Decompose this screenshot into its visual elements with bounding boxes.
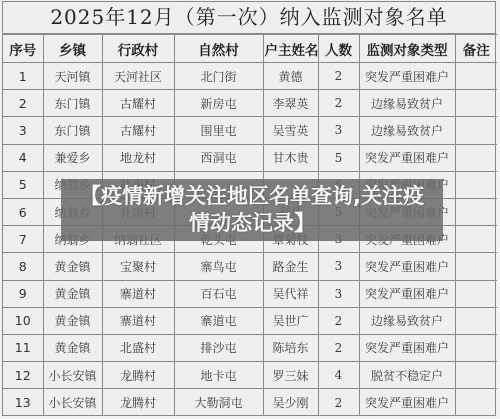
scanned-table-page: { "title": "2025年12月（第一次）纳入监测对象名单", "tab…	[0, 0, 500, 419]
cell-natural-village: 寨道屯	[174, 307, 263, 334]
cell-householder-name: 吴雪英	[263, 117, 318, 144]
cell-householder-name: 黄德	[263, 63, 318, 90]
cell-person-count: 2	[318, 307, 359, 334]
table-row: 13小长安镇龙腾村大勒洞屯吴少刚2突发严重困难户	[3, 389, 497, 416]
cell-monitor-type: 边缘易致贫户	[359, 90, 455, 117]
cell-township: 小长安镇	[43, 389, 102, 416]
cell-admin-village: 天河社区	[102, 63, 174, 90]
cell-natural-village: 新房屯	[174, 90, 263, 117]
cell-remark	[455, 63, 497, 90]
cell-natural-village: 大勒洞屯	[174, 389, 263, 416]
cell-remark	[455, 334, 497, 361]
cell-serial: 7	[3, 226, 43, 253]
table-row: 11黄金镇北盛村排沙屯陈培东2突发严重困难户	[3, 334, 497, 361]
cell-person-count: 3	[318, 117, 359, 144]
header-person-count: 人数	[318, 35, 359, 63]
cell-natural-village: 寨鸟屯	[174, 253, 263, 280]
cell-householder-name: 罗三妹	[263, 362, 318, 389]
table-row: 12小长安镇龙腾村地卡屯罗三妹4脱贫不稳定户	[3, 362, 497, 389]
cell-natural-village: 围里屯	[174, 117, 263, 144]
cell-serial: 11	[3, 334, 43, 361]
cell-householder-name: 吴代祥	[263, 280, 318, 307]
cell-natural-village: 排沙屯	[174, 334, 263, 361]
cell-admin-village: 北盛村	[102, 334, 174, 361]
cell-householder-name: 路金生	[263, 253, 318, 280]
cell-monitor-type: 突发严重困难户	[359, 63, 455, 90]
caption-line-1: 【疫情新增关注地区名单查询,关注疫	[80, 183, 424, 210]
cell-township: 东门镇	[43, 117, 102, 144]
cell-remark	[455, 280, 497, 307]
cell-remark	[455, 90, 497, 117]
cell-township: 兼爱乡	[43, 144, 102, 171]
table-row: 8黄金镇宝聚村寨鸟屯路金生3突发严重困难户	[3, 253, 497, 280]
table-row: 4兼爱乡地龙村西洞屯甘木贵5突发严重困难户	[3, 144, 497, 171]
cell-monitor-type: 脱贫不稳定户	[359, 362, 455, 389]
cell-remark	[455, 253, 497, 280]
caption-line-2: 情动态记录】	[189, 210, 315, 237]
table-header-row: 序号乡镇行政村自然村户主姓名人数监测对象类型备注	[3, 35, 497, 63]
header-householder-name: 户主姓名	[263, 35, 318, 63]
cell-householder-name: 陈培东	[263, 334, 318, 361]
cell-serial: 4	[3, 144, 43, 171]
cell-householder-name: 李翠英	[263, 90, 318, 117]
cell-monitor-type: 突发严重困难户	[359, 334, 455, 361]
cell-householder-name: 吴世广	[263, 307, 318, 334]
cell-serial: 3	[3, 117, 43, 144]
header-natural-village: 自然村	[174, 35, 263, 63]
table-row: 2东门镇古耀村新房屯李翠英2边缘易致贫户	[3, 90, 497, 117]
cell-admin-village: 古耀村	[102, 90, 174, 117]
cell-remark	[455, 144, 497, 171]
table-row: 9黄金镇寨道村百石屯吴代祥3突发严重困难户	[3, 280, 497, 307]
cell-remark	[455, 117, 497, 144]
cell-remark	[455, 389, 497, 416]
cell-township: 东门镇	[43, 90, 102, 117]
cell-person-count: 5	[318, 144, 359, 171]
cell-serial: 12	[3, 362, 43, 389]
cell-person-count: 2	[318, 90, 359, 117]
cell-township: 黄金镇	[43, 280, 102, 307]
cell-admin-village: 龙腾村	[102, 389, 174, 416]
cell-admin-village: 地龙村	[102, 144, 174, 171]
cell-serial: 13	[3, 389, 43, 416]
header-serial: 序号	[3, 35, 43, 63]
cell-admin-village: 宝聚村	[102, 253, 174, 280]
table-row: 3东门镇古耀村围里屯吴雪英3边缘易致贫户	[3, 117, 497, 144]
cell-natural-village: 北门街	[174, 63, 263, 90]
table-row: 1天河镇天河社区北门街黄德2突发严重困难户	[3, 63, 497, 90]
cell-monitor-type: 突发严重困难户	[359, 389, 455, 416]
cell-person-count: 2	[318, 63, 359, 90]
cell-householder-name: 吴少刚	[263, 389, 318, 416]
cell-township: 黄金镇	[43, 253, 102, 280]
cell-serial: 10	[3, 307, 43, 334]
cell-serial: 8	[3, 253, 43, 280]
cell-serial: 2	[3, 90, 43, 117]
cell-person-count: 3	[318, 253, 359, 280]
cell-person-count: 3	[318, 280, 359, 307]
cell-natural-village: 西洞屯	[174, 144, 263, 171]
cell-remark	[455, 362, 497, 389]
cell-serial: 9	[3, 280, 43, 307]
cell-serial: 1	[3, 63, 43, 90]
table-row: 10黄金镇寨道村寨道屯吴世广2边缘易致贫户	[3, 307, 497, 334]
cell-householder-name: 甘木贵	[263, 144, 318, 171]
cell-monitor-type: 边缘易致贫户	[359, 307, 455, 334]
cell-monitor-type: 突发严重困难户	[359, 253, 455, 280]
cell-admin-village: 寨道村	[102, 280, 174, 307]
page-title: 2025年12月（第一次）纳入监测对象名单	[3, 2, 495, 34]
cell-monitor-type: 突发严重困难户	[359, 144, 455, 171]
cell-remark	[455, 171, 497, 198]
cell-natural-village: 地卡屯	[174, 362, 263, 389]
cell-township: 小长安镇	[43, 362, 102, 389]
header-remark: 备注	[455, 35, 497, 63]
cell-person-count: 2	[318, 334, 359, 361]
cell-monitor-type: 边缘易致贫户	[359, 117, 455, 144]
cell-remark	[455, 307, 497, 334]
cell-serial: 5	[3, 171, 43, 198]
cell-remark	[455, 226, 497, 253]
cell-remark	[455, 198, 497, 225]
watermark-caption-overlay: 【疫情新增关注地区名单查询,关注疫 情动态记录】	[61, 179, 443, 241]
cell-serial: 6	[3, 198, 43, 225]
cell-admin-village: 寨道村	[102, 307, 174, 334]
cell-township: 天河镇	[43, 63, 102, 90]
cell-admin-village: 龙腾村	[102, 362, 174, 389]
header-admin-village: 行政村	[102, 35, 174, 63]
cell-township: 黄金镇	[43, 307, 102, 334]
cell-admin-village: 古耀村	[102, 117, 174, 144]
header-township: 乡镇	[43, 35, 102, 63]
cell-township: 黄金镇	[43, 334, 102, 361]
cell-person-count: 2	[318, 389, 359, 416]
cell-natural-village: 百石屯	[174, 280, 263, 307]
cell-monitor-type: 突发严重困难户	[359, 280, 455, 307]
header-monitor-type: 监测对象类型	[359, 35, 455, 63]
cell-person-count: 4	[318, 362, 359, 389]
